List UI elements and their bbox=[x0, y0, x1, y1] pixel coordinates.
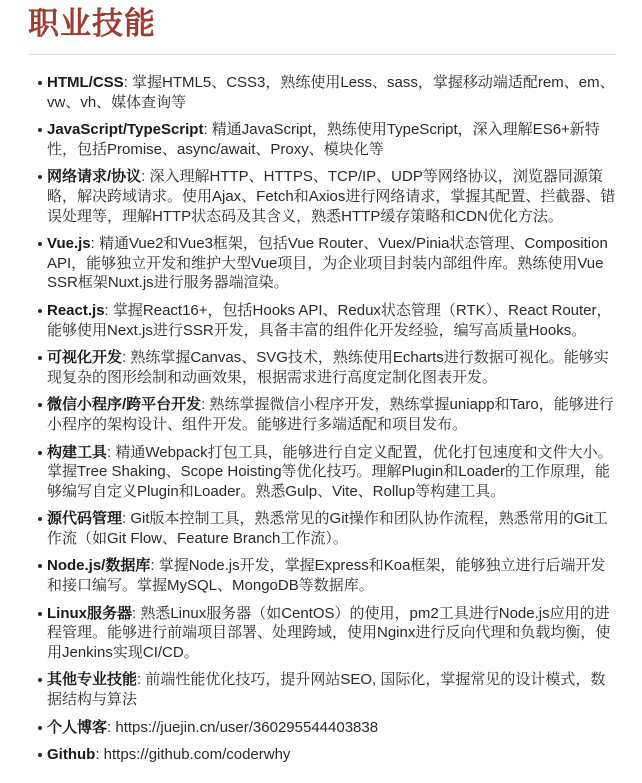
skill-separator: : bbox=[91, 235, 99, 252]
bullet-icon bbox=[38, 678, 42, 682]
bullet-icon bbox=[38, 451, 42, 455]
bullet-icon bbox=[38, 517, 42, 521]
skill-label: 其他专业技能 bbox=[47, 671, 137, 688]
resume-skills-page: 职业技能 HTML/CSS: 掌握HTML5、CSS3，熟练使用Less、sas… bbox=[0, 0, 642, 783]
bullet-column bbox=[28, 395, 47, 407]
skill-separator: : bbox=[201, 396, 209, 413]
bullet-column bbox=[28, 670, 47, 682]
skill-description: Git版本控制工具，熟悉常见的Git操作和团队协作流程，熟悉常用的Git工作流（… bbox=[47, 510, 608, 547]
skill-item: 个人博客: https://juejin.cn/user/36029554440… bbox=[28, 718, 616, 738]
skill-label: Github bbox=[47, 746, 95, 763]
skill-content: 微信小程序/跨平台开发: 熟练掌握微信小程序开发，熟练掌握uniapp和Taro… bbox=[47, 395, 616, 434]
skill-label: 微信小程序/跨平台开发 bbox=[47, 396, 201, 413]
bullet-column bbox=[28, 167, 47, 179]
skill-description: 精通Webpack打包工具，能够进行自定义配置，优化打包速度和文件大小。掌握Tr… bbox=[47, 444, 613, 500]
skill-separator: : bbox=[150, 557, 158, 574]
skill-item: JavaScript/TypeScript: 精通JavaScript，熟练使用… bbox=[28, 120, 616, 159]
bullet-column bbox=[28, 443, 47, 455]
skill-content: 构建工具: 精通Webpack打包工具，能够进行自定义配置，优化打包速度和文件大… bbox=[47, 443, 616, 502]
skill-separator: : bbox=[105, 302, 113, 319]
skill-label: JavaScript/TypeScript bbox=[47, 121, 203, 138]
skill-item: Github: https://github.com/coderwhy bbox=[28, 745, 616, 765]
section-divider bbox=[28, 54, 616, 55]
skill-item: Node.js/数据库: 掌握Node.js开发，掌握Express和Koa框架… bbox=[28, 556, 616, 595]
bullet-icon bbox=[38, 726, 42, 730]
bullet-column bbox=[28, 348, 47, 360]
skill-label: 可视化开发 bbox=[47, 349, 122, 366]
skill-content: 其他专业技能: 前端性能优化技巧，提升网站SEO, 国际化，掌握常见的设计模式，… bbox=[47, 670, 616, 709]
skill-label: Linux服务器 bbox=[47, 605, 132, 622]
skill-item: 微信小程序/跨平台开发: 熟练掌握微信小程序开发，熟练掌握uniapp和Taro… bbox=[28, 395, 616, 434]
bullet-icon bbox=[38, 242, 42, 246]
skill-separator: : bbox=[124, 74, 132, 91]
skill-label: 源代码管理 bbox=[47, 510, 122, 527]
skill-content: HTML/CSS: 掌握HTML5、CSS3，熟练使用Less、sass，掌握移… bbox=[47, 73, 616, 112]
skill-label: Node.js/数据库 bbox=[47, 557, 150, 574]
bullet-column bbox=[28, 745, 47, 757]
skill-description: 熟练掌握Canvas、SVG技术，熟练使用Echarts进行数据可视化。能够实现… bbox=[47, 349, 609, 386]
bullet-icon bbox=[38, 309, 42, 313]
bullet-column bbox=[28, 120, 47, 132]
skill-item: React.js: 掌握React16+，包括Hooks API、Redux状态… bbox=[28, 301, 616, 340]
skill-content: 源代码管理: Git版本控制工具，熟悉常见的Git操作和团队协作流程，熟悉常用的… bbox=[47, 509, 616, 548]
skill-separator: : bbox=[95, 746, 103, 763]
skill-label: 个人博客 bbox=[47, 719, 107, 736]
bullet-column bbox=[28, 604, 47, 616]
skill-description: https://github.com/coderwhy bbox=[104, 746, 291, 763]
skill-description: 掌握React16+，包括Hooks API、Redux状态管理（RTK）、Re… bbox=[47, 302, 612, 339]
bullet-icon bbox=[38, 128, 42, 132]
skill-content: Linux服务器: 熟悉Linux服务器（如CentOS）的使用，pm2工具进行… bbox=[47, 604, 616, 663]
bullet-icon bbox=[38, 403, 42, 407]
skill-description: https://juejin.cn/user/360295544403838 bbox=[115, 719, 378, 736]
skill-label: 网络请求/协议 bbox=[47, 168, 141, 185]
bullet-column bbox=[28, 301, 47, 313]
skills-list: HTML/CSS: 掌握HTML5、CSS3，熟练使用Less、sass，掌握移… bbox=[28, 73, 616, 765]
skill-content: React.js: 掌握React16+，包括Hooks API、Redux状态… bbox=[47, 301, 616, 340]
skill-item: 构建工具: 精通Webpack打包工具，能够进行自定义配置，优化打包速度和文件大… bbox=[28, 443, 616, 502]
skill-content: Github: https://github.com/coderwhy bbox=[47, 745, 616, 765]
bullet-icon bbox=[38, 612, 42, 616]
bullet-icon bbox=[38, 564, 42, 568]
skill-content: Vue.js: 精通Vue2和Vue3框架，包括Vue Router、Vuex/… bbox=[47, 234, 616, 293]
section-title: 职业技能 bbox=[28, 4, 616, 44]
skill-description: 精通Vue2和Vue3框架，包括Vue Router、Vuex/Pinia状态管… bbox=[47, 235, 608, 291]
skill-item: Linux服务器: 熟悉Linux服务器（如CentOS）的使用，pm2工具进行… bbox=[28, 604, 616, 663]
bullet-icon bbox=[38, 356, 42, 360]
bullet-column bbox=[28, 718, 47, 730]
skill-content: 可视化开发: 熟练掌握Canvas、SVG技术，熟练使用Echarts进行数据可… bbox=[47, 348, 616, 387]
skill-description: 掌握HTML5、CSS3，熟练使用Less、sass，掌握移动端适配rem、em… bbox=[47, 74, 615, 111]
skill-label: HTML/CSS bbox=[47, 74, 124, 91]
skill-content: JavaScript/TypeScript: 精通JavaScript，熟练使用… bbox=[47, 120, 616, 159]
bullet-icon bbox=[38, 175, 42, 179]
bullet-column bbox=[28, 556, 47, 568]
skill-label: React.js bbox=[47, 302, 105, 319]
skill-content: 个人博客: https://juejin.cn/user/36029554440… bbox=[47, 718, 616, 738]
skill-item: 可视化开发: 熟练掌握Canvas、SVG技术，熟练使用Echarts进行数据可… bbox=[28, 348, 616, 387]
bullet-icon bbox=[38, 753, 42, 757]
skill-item: Vue.js: 精通Vue2和Vue3框架，包括Vue Router、Vuex/… bbox=[28, 234, 616, 293]
bullet-column bbox=[28, 73, 47, 85]
skill-item: 其他专业技能: 前端性能优化技巧，提升网站SEO, 国际化，掌握常见的设计模式，… bbox=[28, 670, 616, 709]
skill-label: 构建工具 bbox=[47, 444, 107, 461]
skill-separator: : bbox=[203, 121, 211, 138]
bullet-icon bbox=[38, 81, 42, 85]
skill-item: HTML/CSS: 掌握HTML5、CSS3，熟练使用Less、sass，掌握移… bbox=[28, 73, 616, 112]
bullet-column bbox=[28, 509, 47, 521]
skill-label: Vue.js bbox=[47, 235, 91, 252]
skill-item: 网络请求/协议: 深入理解HTTP、HTTPS、TCP/IP、UDP等网络协议，… bbox=[28, 167, 616, 226]
skill-separator: : bbox=[141, 168, 149, 185]
skill-content: Node.js/数据库: 掌握Node.js开发，掌握Express和Koa框架… bbox=[47, 556, 616, 595]
skill-content: 网络请求/协议: 深入理解HTTP、HTTPS、TCP/IP、UDP等网络协议，… bbox=[47, 167, 616, 226]
bullet-column bbox=[28, 234, 47, 246]
skill-item: 源代码管理: Git版本控制工具，熟悉常见的Git操作和团队协作流程，熟悉常用的… bbox=[28, 509, 616, 548]
